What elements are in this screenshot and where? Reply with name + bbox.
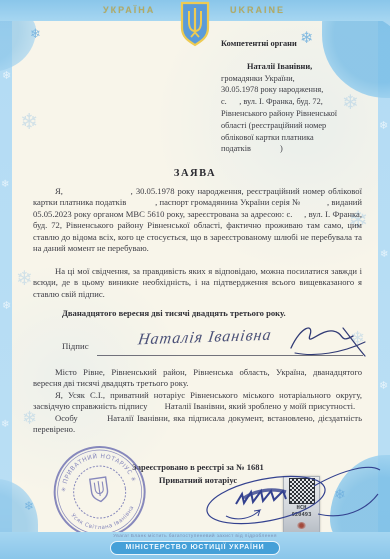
security-notice: Увага! Бланк містить багатоступеневий за… [0,534,390,539]
addressee-block: Компетентні органи Наталії Іванівни, гро… [221,38,373,155]
addressee-line: Рівненського району Рівненської [221,108,373,120]
signature-label: Підпис [62,341,89,351]
notary-attestation-p2: Я, Усяк С.І., приватний нотаріус Рівненс… [33,390,362,413]
addressee-line: 30.05.1978 року народження, [221,84,373,96]
addressee-line: с. , вул. І. Франка, буд. 72, [221,96,373,108]
notary-attestation-block: Місто Рівне, Рівненський район, Рівненсь… [33,367,362,436]
ministry-band: МІНІСТЕРСТВО ЮСТИЦІЇ УКРАЇНИ [110,541,280,555]
statement-paragraph-1: Я, , 30.05.1978 року народження, реєстра… [33,186,362,255]
statement-date-line: Дванадцятого вересня дві тисячі двадцять… [62,308,286,318]
signature-flourish-icon [287,322,367,365]
addressee-to: Компетентні органи [221,38,373,50]
statement-paragraph-2: На ці мої свідчення, за правдивість яких… [33,266,362,300]
statement-title: ЗАЯВА [0,168,390,179]
bottom-band: Увага! Бланк містить багатоступеневий за… [0,532,390,559]
addressee-line: облікової картки платника [221,132,373,144]
addressee-line: податків ) [221,143,373,155]
notary-attestation-p1: Місто Рівне, Рівненський район, Рівненсь… [33,367,362,390]
notarial-statement-page: УКРАЇНА UKRAINE ❄ ❄ ❄ ❄ ❄ ❄ ❄ ❄ ❄ ❄ ❄ ❄ … [0,0,390,559]
addressee-line: області (реєстраційний номер [221,120,373,132]
country-label-ua: УКРАЇНА [103,5,155,15]
coat-of-arms-ukraine-icon [179,1,211,54]
addressee-line: громадянки України, [221,73,373,85]
notary-attestation-p3: Особу Наталії Іванівни, яка підписала до… [33,413,362,436]
addressee-name: Наталії Іванівни, [221,61,373,73]
pen-oval-signature [198,458,384,543]
country-label-en: UKRAINE [230,5,285,15]
